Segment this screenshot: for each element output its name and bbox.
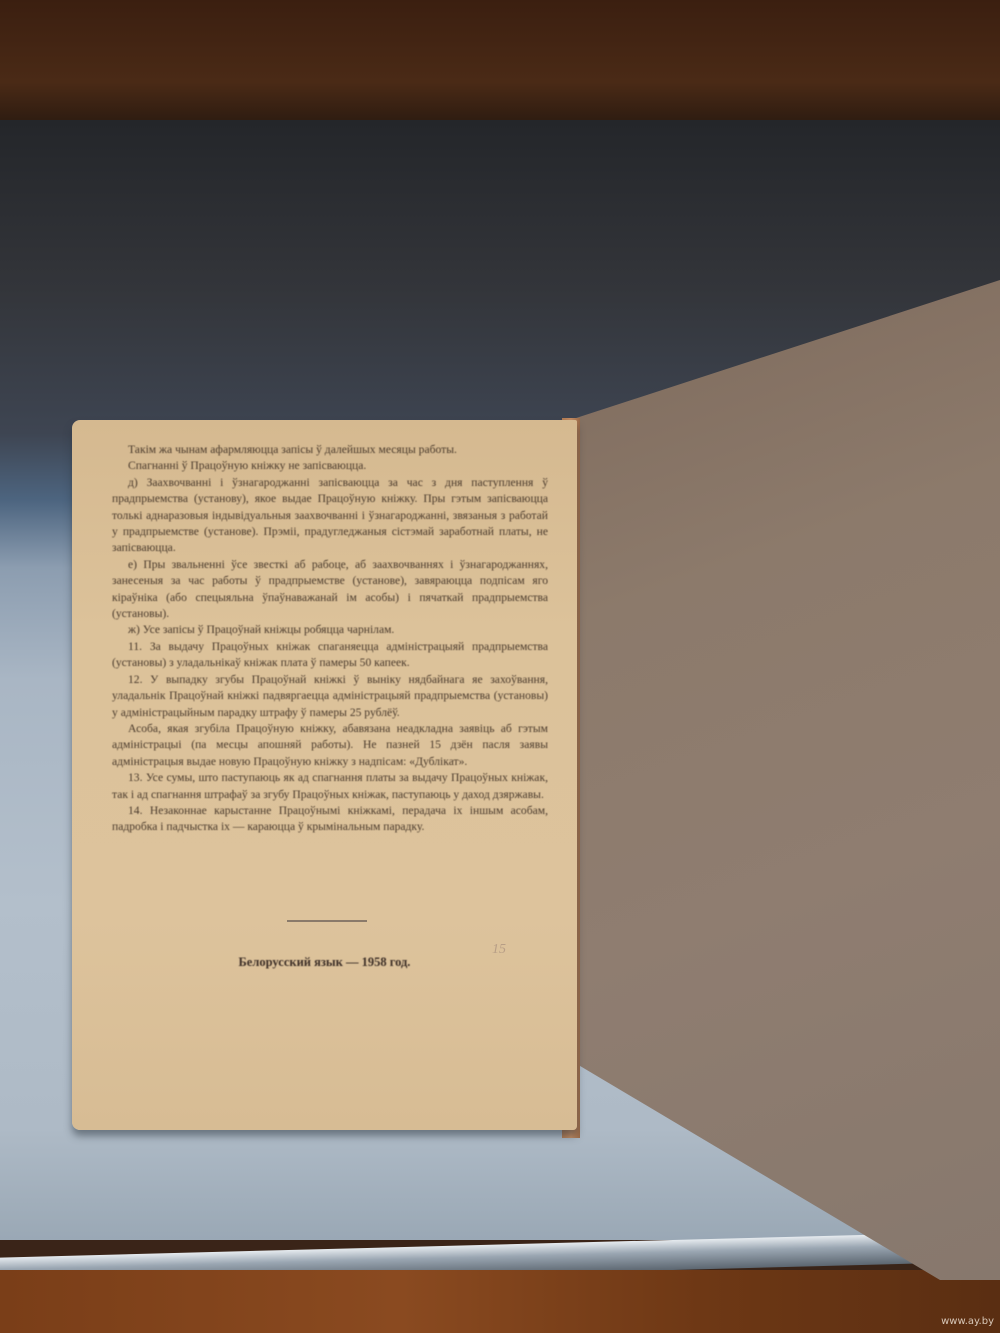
paragraph: е) Пры звальненні ўсе звесткі аб рабоце,… bbox=[112, 557, 548, 623]
paragraph: 12. У выпадку згубы Працоўнай кніжкі ў в… bbox=[112, 672, 548, 721]
pencil-mark: 15 bbox=[492, 942, 506, 958]
page-text: Такім жа чынам афармляюцца запісы ў дале… bbox=[112, 442, 548, 836]
paragraph: д) Заахвочванні і ўзнагароджанні запісва… bbox=[112, 475, 548, 557]
paragraph: 11. За выдачу Працоўных кніжак спаганяец… bbox=[112, 639, 548, 672]
paragraph: Такім жа чынам афармляюцца запісы ў дале… bbox=[112, 442, 548, 458]
paragraph: ж) Усе запісы ў Працоўнай кніжцы робяцца… bbox=[112, 622, 548, 638]
booklet-page: Такім жа чынам афармляюцца запісы ў дале… bbox=[72, 420, 577, 1130]
paragraph: 13. Усе сумы, што паступаюць як ад спагн… bbox=[112, 770, 548, 803]
wooden-surface-bottom bbox=[0, 1270, 1000, 1333]
paragraph: Асоба, якая згубіла Працоўную кніжку, аб… bbox=[112, 721, 548, 770]
watermark: www.ay.by bbox=[941, 1316, 994, 1327]
paragraph: Спагнанні ў Працоўную кніжку не запісваю… bbox=[112, 458, 548, 474]
paragraph: 14. Незаконнае карыстанне Працоўнымі кні… bbox=[112, 803, 548, 836]
divider-rule bbox=[287, 920, 367, 922]
